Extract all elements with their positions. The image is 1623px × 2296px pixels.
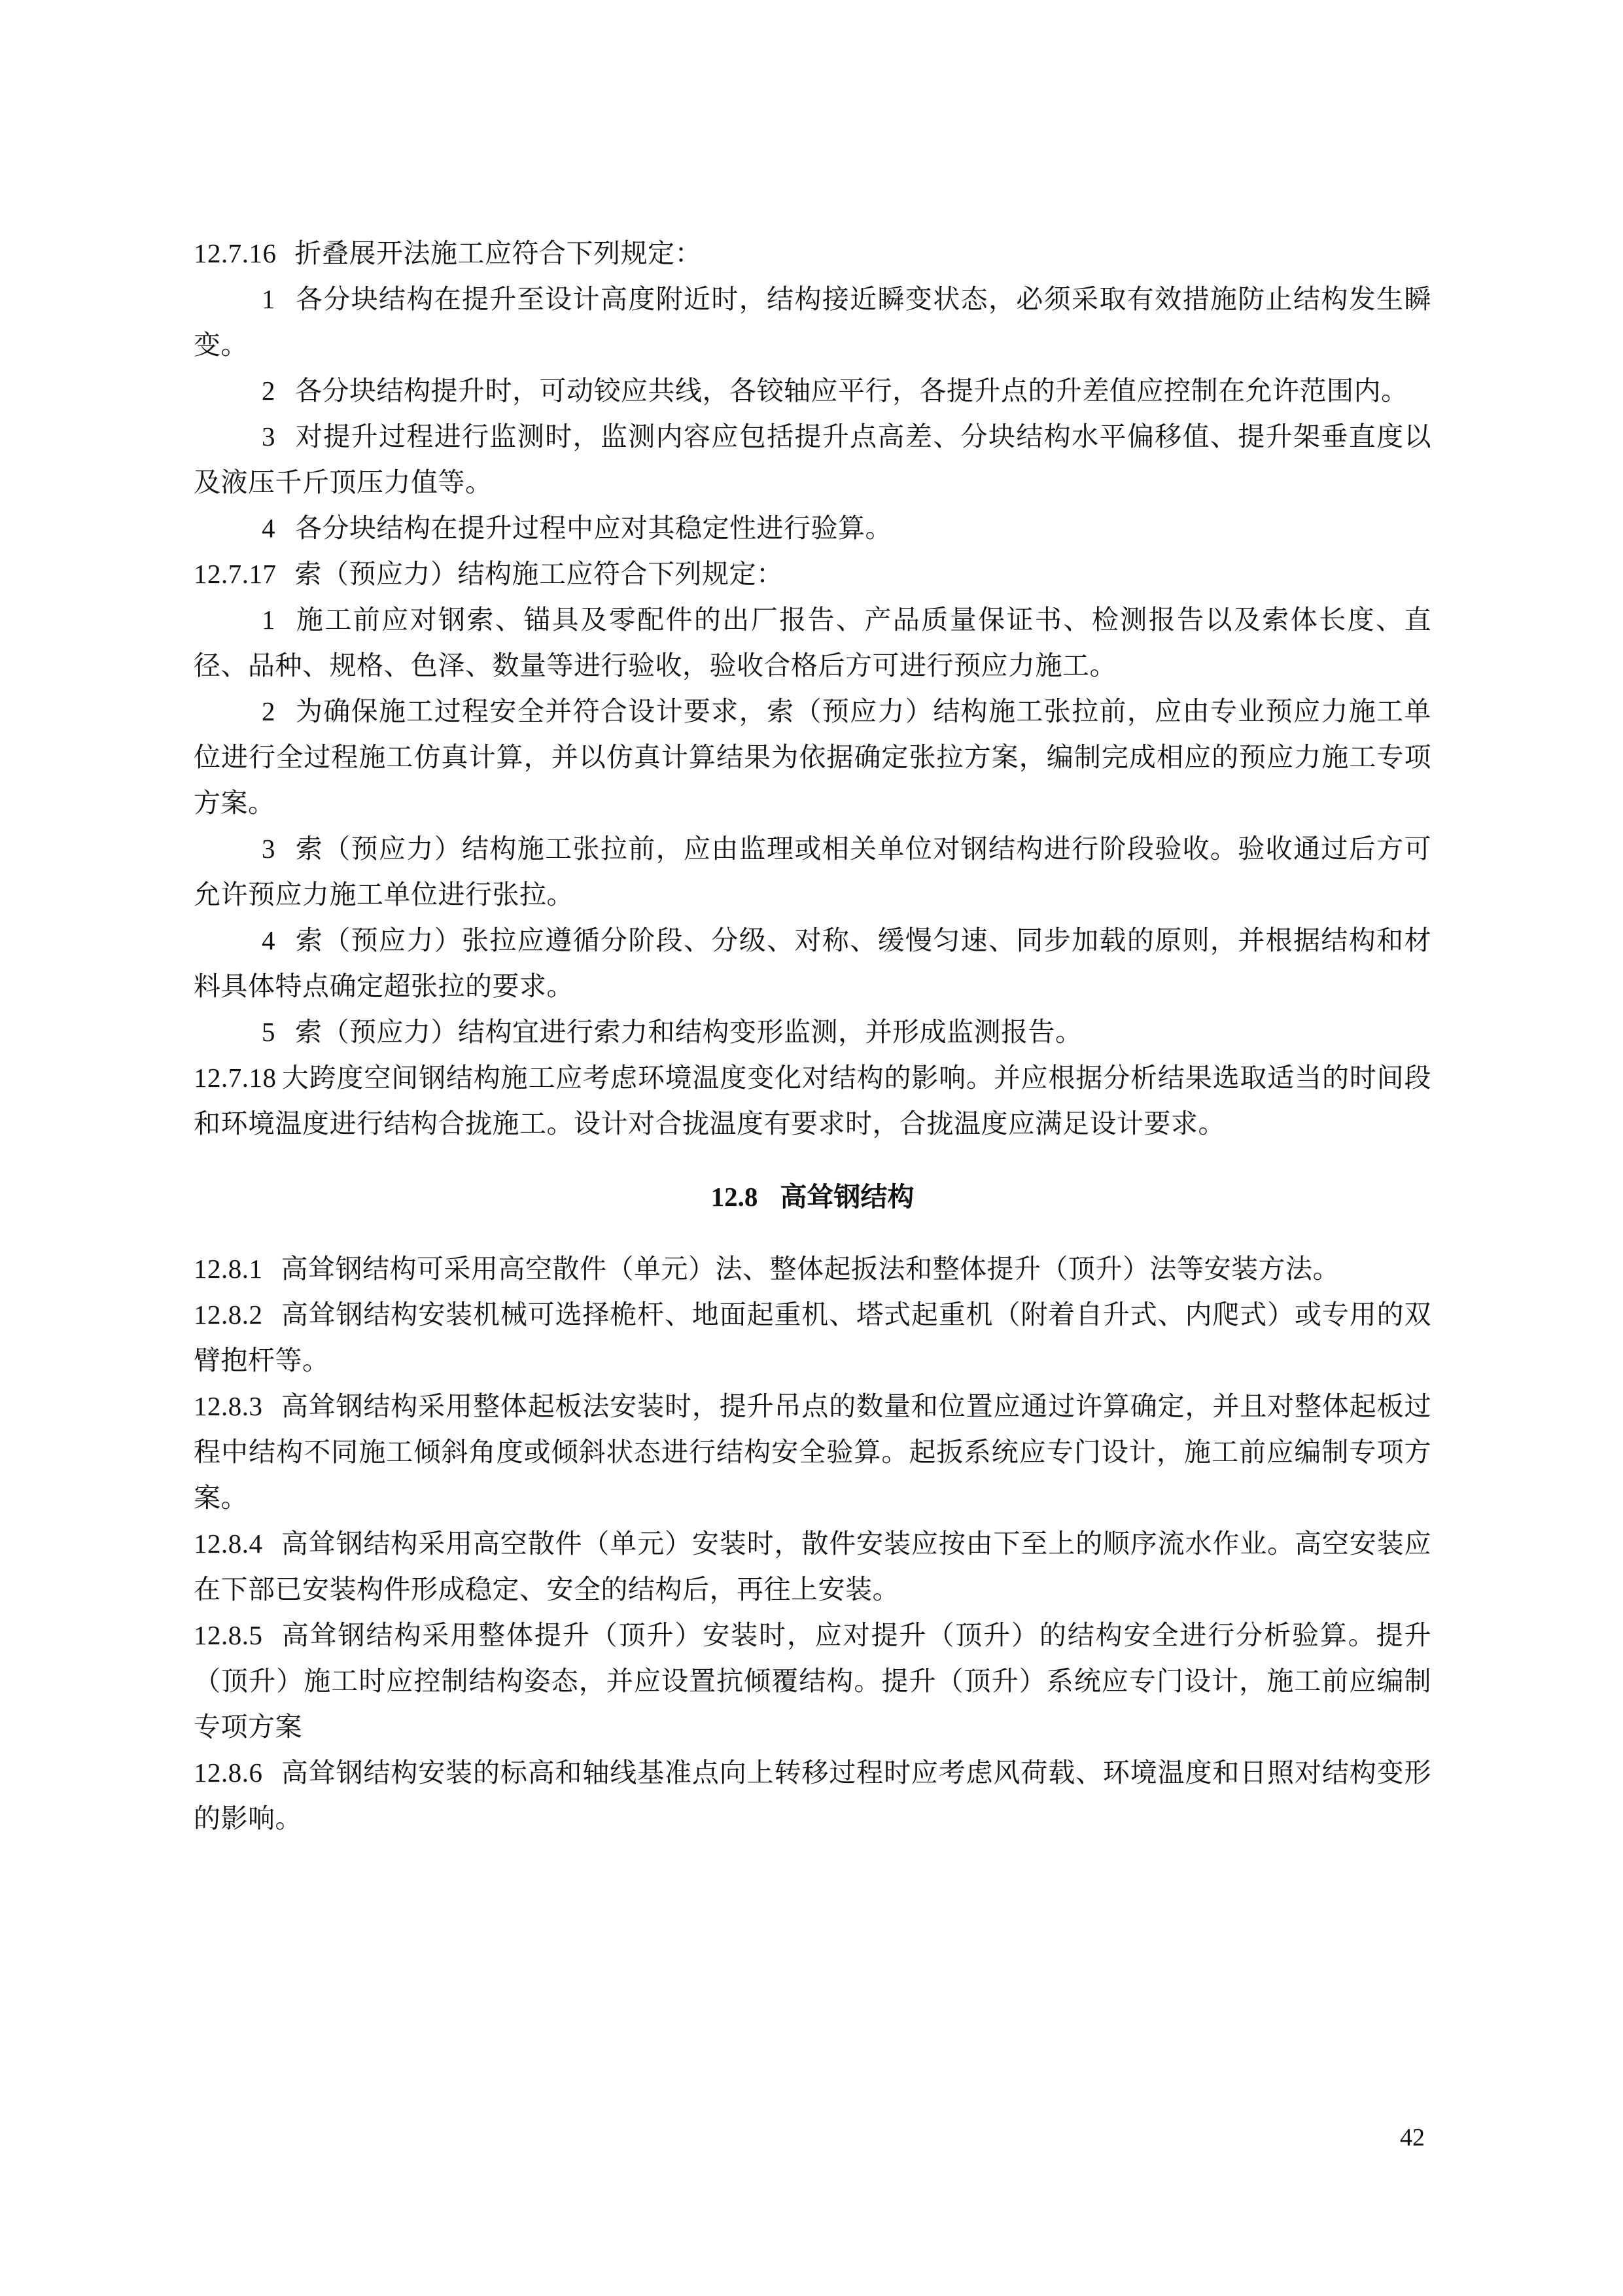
list-item: 2各分块结构提升时，可动铰应共线，各铰轴应平行，各提升点的升差值应控制在允许范围… [194,368,1431,414]
page-number: 42 [1400,2123,1425,2152]
item-text: 各分块结构提升时，可动铰应共线，各铰轴应平行，各提升点的升差值应控制在允许范围内… [295,375,1408,406]
list-item: 4各分块结构在提升过程中应对其稳定性进行验算。 [194,505,1431,551]
clause-number: 12.7.16 [194,238,277,268]
list-item: 5索（预应力）结构宜进行索力和结构变形监测，并形成监测报告。 [194,1009,1431,1055]
item-number: 5 [262,1017,275,1047]
page-content: 12.7.16折叠展开法施工应符合下列规定： 1各分块结构在提升至设计高度附近时… [194,230,1431,1841]
item-text: 索（预应力）张拉应遵循分阶段、分级、对称、缓慢匀速、同步加载的原则，并根据结构和… [194,925,1431,1002]
clause-number: 12.8.2 [194,1299,263,1330]
clause-text: 索（预应力）结构施工应符合下列规定： [295,558,784,590]
item-text: 各分块结构在提升至设计高度附近时，结构接近瞬变状态，必须采取有效措施防止结构发生… [194,283,1431,361]
document-page: 12.7.16折叠展开法施工应符合下列规定： 1各分块结构在提升至设计高度附近时… [0,0,1623,2296]
clause-text: 高耸钢结构采用整体提升（顶升）安装时，应对提升（顶升）的结构安全进行分析验算。提… [194,1619,1431,1742]
clause-12-7-16: 12.7.16折叠展开法施工应符合下列规定： [194,230,1431,276]
clause-text: 高耸钢结构可采用高空散件（单元）法、整体起扳法和整体提升（顶升）法等安装方法。 [281,1253,1340,1284]
clause-text: 折叠展开法施工应符合下列规定： [295,238,703,269]
item-number: 2 [262,376,275,406]
list-item: 4索（预应力）张拉应遵循分阶段、分级、对称、缓慢匀速、同步加载的原则，并根据结构… [194,917,1431,1009]
item-number: 2 [262,696,275,726]
list-item: 1各分块结构在提升至设计高度附近时，结构接近瞬变状态，必须采取有效措施防止结构发… [194,276,1431,368]
clause-text: 高耸钢结构采用整体起板法安装时，提升吊点的数量和位置应通过许算确定，并且对整体起… [194,1390,1431,1513]
item-number: 4 [262,925,275,955]
clause-12-8-3: 12.8.3高耸钢结构采用整体起板法安装时，提升吊点的数量和位置应通过许算确定，… [194,1383,1431,1521]
item-text: 施工前应对钢索、锚具及零配件的出厂报告、产品质量保证书、检测报告以及索体长度、直… [194,604,1431,681]
item-number: 1 [262,284,275,314]
item-number: 3 [262,421,275,451]
clause-12-7-18: 12.7.18大跨度空间钢结构施工应考虑环境温度变化对结构的影响。并应根据分析结… [194,1055,1431,1146]
list-item: 1施工前应对钢索、锚具及零配件的出厂报告、产品质量保证书、检测报告以及索体长度、… [194,597,1431,688]
item-number: 4 [262,513,275,543]
clause-text: 高耸钢结构采用高空散件（单元）安装时，散件安装应按由下至上的顺序流水作业。高空安… [194,1528,1431,1605]
clause-text: 大跨度空间钢结构施工应考虑环境温度变化对结构的影响。并应根据分析结果选取适当的时… [194,1062,1431,1139]
clause-12-8-5: 12.8.5高耸钢结构采用整体提升（顶升）安装时，应对提升（顶升）的结构安全进行… [194,1612,1431,1750]
list-item: 3对提升过程进行监测时，监测内容应包括提升点高差、分块结构水平偏移值、提升架垂直… [194,414,1431,505]
clause-12-7-17: 12.7.17索（预应力）结构施工应符合下列规定： [194,551,1431,597]
clause-text: 高耸钢结构安装机械可选择桅杆、地面起重机、塔式起重机（附着自升式、内爬式）或专用… [194,1299,1431,1376]
section-heading: 12.8高耸钢结构 [194,1174,1431,1220]
clause-12-8-1: 12.8.1高耸钢结构可采用高空散件（单元）法、整体起扳法和整体提升（顶升）法等… [194,1246,1431,1292]
section-number: 12.8 [711,1182,758,1212]
item-text: 各分块结构在提升过程中应对其稳定性进行验算。 [295,512,892,544]
clause-number: 12.8.4 [194,1528,263,1559]
list-item: 3索（预应力）结构施工张拉前，应由监理或相关单位对钢结构进行阶段验收。验收通过后… [194,826,1431,917]
clause-number: 12.8.5 [194,1620,263,1650]
item-text: 索（预应力）结构施工张拉前，应由监理或相关单位对钢结构进行阶段验收。验收通过后方… [194,833,1431,910]
clause-number: 12.7.17 [194,559,277,589]
section-title: 高耸钢结构 [780,1181,914,1212]
clause-12-8-2: 12.8.2高耸钢结构安装机械可选择桅杆、地面起重机、塔式起重机（附着自升式、内… [194,1292,1431,1383]
item-text: 对提升过程进行监测时，监测内容应包括提升点高差、分块结构水平偏移值、提升架垂直度… [194,421,1431,498]
item-number: 3 [262,834,275,864]
list-item: 2为确保施工过程安全并符合设计要求，索（预应力）结构施工张拉前，应由专业预应力施… [194,688,1431,826]
clause-number: 12.8.3 [194,1391,263,1421]
clause-text: 高耸钢结构安装的标高和轴线基准点向上转移过程时应考虑风荷载、环境温度和日照对结构… [194,1757,1431,1834]
item-text: 为确保施工过程安全并符合设计要求，索（预应力）结构施工张拉前，应由专业预应力施工… [194,696,1431,819]
clause-number: 12.7.18 [194,1063,277,1093]
clause-number: 12.8.6 [194,1757,263,1788]
item-number: 1 [262,605,275,635]
clause-number: 12.8.1 [194,1254,263,1284]
item-text: 索（预应力）结构宜进行索力和结构变形监测，并形成监测报告。 [295,1016,1083,1048]
clause-12-8-4: 12.8.4高耸钢结构采用高空散件（单元）安装时，散件安装应按由下至上的顺序流水… [194,1521,1431,1612]
clause-12-8-6: 12.8.6高耸钢结构安装的标高和轴线基准点向上转移过程时应考虑风荷载、环境温度… [194,1750,1431,1841]
